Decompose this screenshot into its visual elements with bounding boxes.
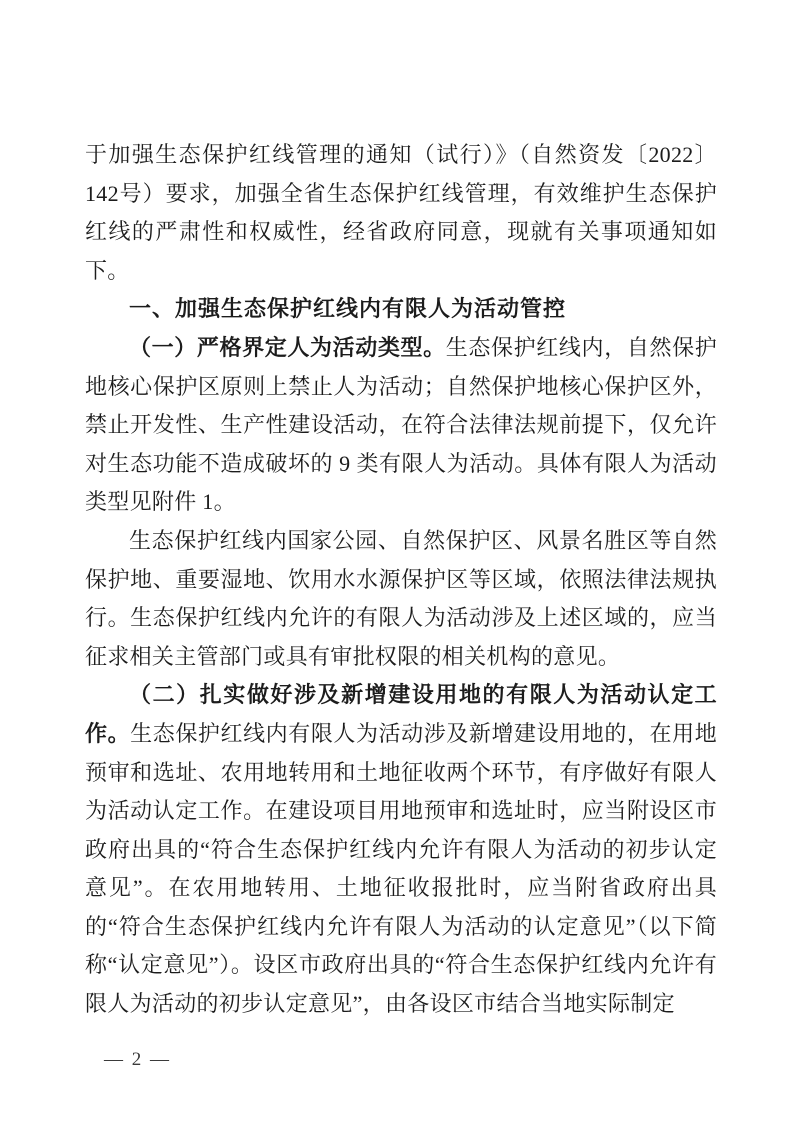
text-run-heading: 一、加强生态保护红线内有限人为活动管控	[129, 296, 566, 321]
text-run-regular: 生态保护红线内，自然保护地核心保护区原则上禁止人为活动；自然保护地核心保护区外，…	[85, 335, 717, 514]
page-number: — 2 —	[104, 1049, 171, 1071]
text-run-regular: 生态保护红线内有限人为活动涉及新增建设用地的，在用地预审和选址、农用地转用和土地…	[85, 721, 717, 1016]
paragraph-item-1-continued: 生态保护红线内国家公园、自然保护区、风景名胜区等自然保护地、重要湿地、饮用水水源…	[85, 522, 717, 676]
document-page: 于加强生态保护红线管理的通知（试行）》（自然资发〔2022〕142号）要求，加强…	[0, 0, 800, 1132]
text-run-regular: 于加强生态保护红线管理的通知（试行）》（自然资发〔2022〕142号）要求，加强…	[85, 142, 717, 283]
paragraph-item-2: （二）扎实做好涉及新增建设用地的有限人为活动认定工作。生态保护红线内有限人为活动…	[85, 676, 717, 1023]
document-body: 于加强生态保护红线管理的通知（试行）》（自然资发〔2022〕142号）要求，加强…	[85, 136, 717, 1024]
text-run-subheading: （一）严格界定人为活动类型。	[129, 335, 446, 360]
paragraph-intro-continuation: 于加强生态保护红线管理的通知（试行）》（自然资发〔2022〕142号）要求，加强…	[85, 136, 717, 290]
text-run-regular: 生态保护红线内国家公园、自然保护区、风景名胜区等自然保护地、重要湿地、饮用水水源…	[85, 528, 717, 669]
paragraph-item-1: （一）严格界定人为活动类型。生态保护红线内，自然保护地核心保护区原则上禁止人为活…	[85, 329, 717, 522]
section-heading-1: 一、加强生态保护红线内有限人为活动管控	[85, 290, 717, 329]
